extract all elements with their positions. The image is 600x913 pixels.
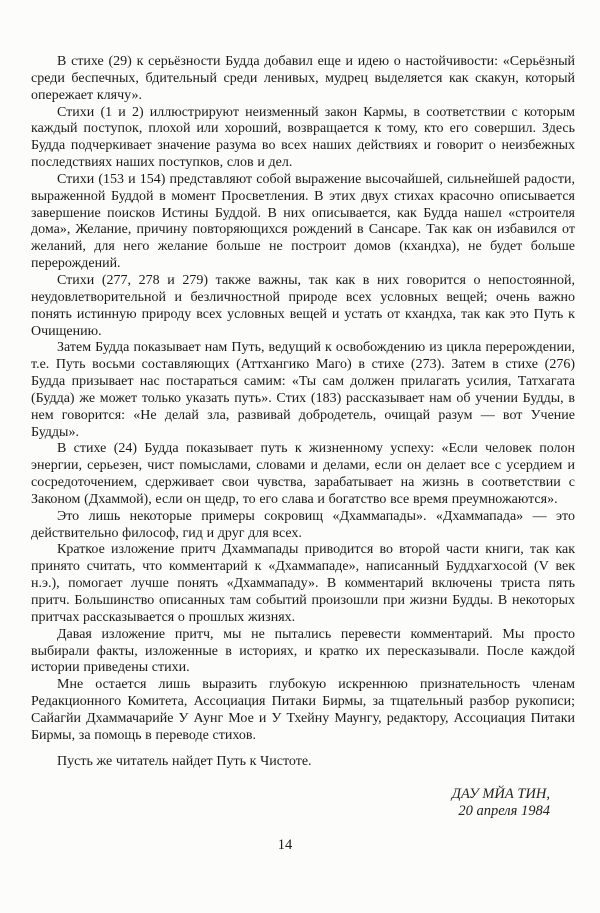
paragraph-verses-1-2: Стихи (1 и 2) иллюстрируют неизменный за…: [31, 105, 575, 172]
signature-date: 20 апреля 1984: [31, 803, 550, 820]
paragraph-acknowledgements: Мне остается лишь выразить глубокую искр…: [31, 677, 575, 744]
paragraph-treasures: Это лишь некоторые примеры сокровищ «Дха…: [31, 509, 575, 543]
book-page: В стихе (29) к серьёзности Будда добавил…: [0, 0, 600, 913]
paragraph-verses-277-279: Стихи (277, 278 и 279) также важны, так …: [31, 273, 575, 340]
paragraph-path: Затем Будда показывает нам Путь, ведущий…: [31, 340, 575, 441]
signature-block: ДАУ МЙА ТИН, 20 апреля 1984: [31, 786, 550, 820]
paragraph-verses-153-154: Стихи (153 и 154) представляют собой выр…: [31, 172, 575, 273]
paragraph-verse-29: В стихе (29) к серьёзности Будда добавил…: [31, 54, 575, 105]
paragraph-verse-24: В стихе (24) Будда показывает путь к жиз…: [31, 441, 575, 508]
paragraph-parables: Краткое изложение притч Дхаммапады приво…: [31, 542, 575, 626]
page-number: 14: [0, 837, 585, 854]
page-body: В стихе (29) к серьёзности Будда добавил…: [0, 0, 600, 820]
paragraph-retelling: Давая изложение притч, мы не пытались пе…: [31, 627, 575, 678]
closing-line: Пусть же читатель найдет Путь к Чистоте.: [31, 754, 575, 771]
signature-name: ДАУ МЙА ТИН,: [31, 786, 550, 803]
